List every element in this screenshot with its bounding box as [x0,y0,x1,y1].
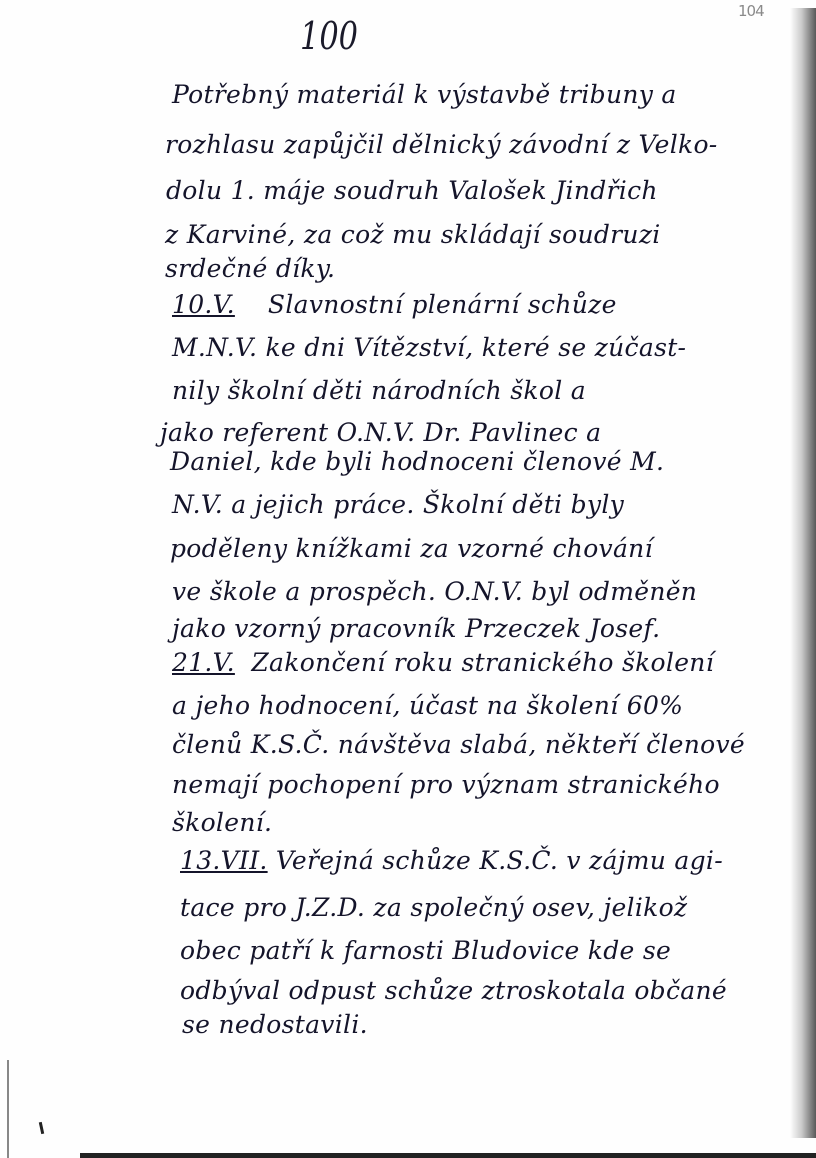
text-line: jako referent O.N.V. Dr. Pavlinec a [160,418,601,447]
text-line: srdečné díky. [165,254,335,283]
page-number: 100 [300,14,358,58]
text-line: členů K.S.Č. návštěva slabá, někteří čle… [172,730,745,759]
ink-mark [39,1122,44,1134]
text-line: z Karviné, za což mu skládají soudruzi [165,220,661,249]
text-line: Potřebný materiál k výstavbě tribuny a [172,80,677,109]
page-left-edge [7,1060,9,1158]
text-line: tace pro J.Z.D. za společný osev, jeliko… [180,893,687,922]
text-line: poděleny knížkami za vzorné chování [170,534,653,563]
binding-shadow [790,8,816,1138]
text-line: Daniel, kde byli hodnoceni členové M. [170,447,664,476]
text-line: odbýval odpust schůze ztroskotala občané [180,976,727,1005]
text-line: a jeho hodnocení, účast na školení 60% [172,691,683,720]
archive-page-number: 104 [738,2,764,20]
text-line: obec patří k farnosti Bludovice kde se [180,936,671,965]
text-line: nily školní děti národních škol a [172,376,586,405]
text-line: školení. [172,808,272,837]
text-line: N.V. a jejich práce. Školní děti byly [172,490,624,519]
text-line: se nedostavili. [182,1010,368,1039]
text-line: jako vzorný pracovník Przeczek Josef. [172,614,660,643]
entry-date: 21.V. [172,648,235,677]
text-line: ve škole a prospěch. O.N.V. byl odměněn [172,577,697,606]
entry-10-may: 10.V. Slavnostní plenární schůze [172,290,617,319]
text-line: dolu 1. máje soudruh Valošek Jindřich [166,176,658,205]
entry-21-may: 21.V. Zakončení roku stranického školení [172,648,714,677]
entry-13-july: 13.VII. Veřejná schůze K.S.Č. v zájmu ag… [180,846,723,875]
page-bottom-edge [80,1153,816,1158]
entry-date: 13.VII. [180,846,268,875]
entry-date: 10.V. [172,290,235,319]
scanned-page: 104 100 Potřebný materiál k výstavbě tri… [0,0,816,1158]
text-line: M.N.V. ke dni Vítězství, které se zúčast… [172,333,686,362]
text-line: nemají pochopení pro význam stranického [172,770,720,799]
text-line: rozhlasu zapůjčil dělnický závodní z Vel… [165,130,718,159]
